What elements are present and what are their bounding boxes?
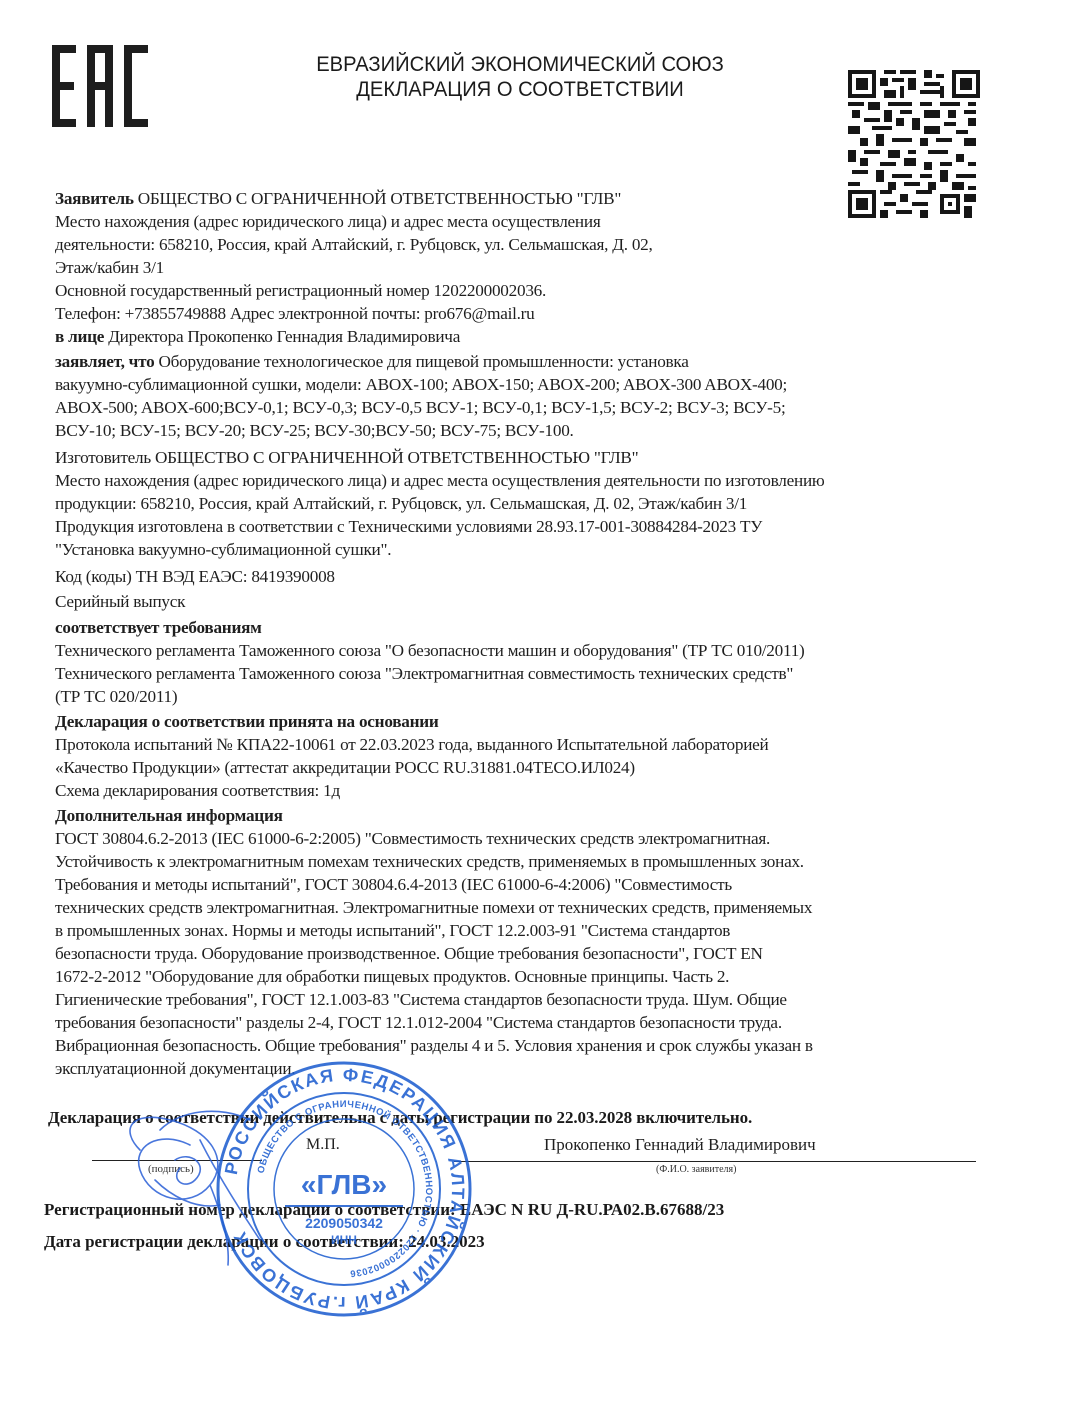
applicant-name: ОБЩЕСТВО С ОГРАНИЧЕННОЙ ОТВЕТСТВЕННОСТЬЮ…	[134, 189, 621, 208]
applicant-full-name: Прокопенко Геннадий Владимирович	[544, 1135, 816, 1155]
svg-text:ИНН: ИНН	[331, 1233, 357, 1247]
additional-line: Требования и методы испытаний", ГОСТ 308…	[55, 873, 1015, 896]
name-caption: (Ф.И.О. заявителя)	[656, 1164, 736, 1175]
requirements-section: соответствует требованиям Технического р…	[55, 616, 1015, 708]
document-title: ЕВРАЗИЙСКИЙ ЭКОНОМИЧЕСКИЙ СОЮЗ ДЕКЛАРАЦИ…	[251, 52, 789, 102]
product-section: заявляет, что Оборудование технологическ…	[55, 350, 1015, 442]
applicant-address-2: деятельности: 658210, Россия, край Алтай…	[55, 233, 1015, 256]
manufacturer-spec-2: "Установка вакуумно-сублимационной сушки…	[55, 538, 1015, 561]
declares-label: заявляет, что	[55, 352, 154, 371]
applicant-address-1: Место нахождения (адрес юридического лиц…	[55, 210, 1015, 233]
tn-ved-code: Код (коды) ТН ВЭД ЕАЭС: 8419390008	[55, 565, 1015, 588]
additional-line: 1672-2-2012 "Оборудование для обработки …	[55, 965, 1015, 988]
requirement-1: Технического регламента Таможенного союз…	[55, 639, 1015, 662]
requirement-2: Технического регламента Таможенного союз…	[55, 662, 1015, 685]
additional-heading: Дополнительная информация	[55, 804, 1015, 827]
svg-text:«ГЛВ»: «ГЛВ»	[301, 1169, 387, 1200]
additional-line: ГОСТ 30804.6.2-2013 (IEC 61000-6-2:2005)…	[55, 827, 1015, 850]
svg-text:2209050342: 2209050342	[305, 1215, 383, 1231]
basis-section: Декларация о соответствии принята на осн…	[55, 710, 1015, 802]
applicant-section: Заявитель ОБЩЕСТВО С ОГРАНИЧЕННОЙ ОТВЕТС…	[55, 187, 1015, 348]
additional-line: технических средств электромагнитная. Эл…	[55, 896, 1015, 919]
additional-line: требования безопасности" разделы 2-4, ГО…	[55, 1011, 1015, 1034]
applicant-ogrn: Основной государственный регистрационный…	[55, 279, 1015, 302]
additional-line: Вибрационная безопасность. Общие требова…	[55, 1034, 1015, 1057]
eac-logo	[52, 45, 148, 127]
applicant-label: Заявитель	[55, 189, 134, 208]
manufacturer-section: Изготовитель ОБЩЕСТВО С ОГРАНИЧЕННОЙ ОТВ…	[55, 446, 1015, 561]
name-line	[454, 1161, 976, 1162]
additional-line: Устойчивость к электромагнитным помехам …	[55, 850, 1015, 873]
declaration-body: Заявитель ОБЩЕСТВО С ОГРАНИЧЕННОЙ ОТВЕТС…	[55, 187, 1015, 1080]
release-type: Серийный выпуск	[55, 590, 1015, 613]
manufacturer-name: Изготовитель ОБЩЕСТВО С ОГРАНИЧЕННОЙ ОТВ…	[55, 446, 1015, 469]
basis-line-1: Протокола испытаний № КПА22-10061 от 22.…	[55, 733, 1015, 756]
manufacturer-spec-1: Продукция изготовлена в соответствии с Т…	[55, 515, 1015, 538]
title-union: ЕВРАЗИЙСКИЙ ЭКОНОМИЧЕСКИЙ СОЮЗ	[251, 52, 789, 77]
requirements-heading: соответствует требованиям	[55, 616, 1015, 639]
additional-line: в промышленных зонах. Нормы и методы исп…	[55, 919, 1015, 942]
applicant-contacts: Телефон: +73855749888 Адрес электронной …	[55, 302, 1015, 325]
additional-line: Гигиенические требования", ГОСТ 12.1.003…	[55, 988, 1015, 1011]
product-line-4: ВСУ-10; ВСУ-15; ВСУ-20; ВСУ-25; ВСУ-30;В…	[55, 419, 1015, 442]
company-stamp-icon: РОССИЙСКАЯ ФЕДЕРАЦИЯ АЛТАЙСКИЙ КРАЙ г.РУ…	[213, 1058, 475, 1320]
product-line-1: Оборудование технологическое для пищевой…	[154, 352, 688, 371]
product-line-3: ABOX-500; ABOX-600;ВСУ-0,1; ВСУ-0,3; ВСУ…	[55, 396, 1015, 419]
person-name: Директора Прокопенко Геннадия Владимиров…	[104, 327, 460, 346]
requirement-3: (ТР ТС 020/2011)	[55, 685, 1015, 708]
person-label: в лице	[55, 327, 104, 346]
title-declaration: ДЕКЛАРАЦИЯ О СООТВЕТСТВИИ	[251, 77, 789, 102]
additional-line: эксплуатационной документации.	[55, 1057, 1015, 1080]
basis-line-2: «Качество Продукции» (аттестат аккредита…	[55, 756, 1015, 779]
eac-mark-icon	[52, 45, 148, 127]
additional-info-section: Дополнительная информация ГОСТ 30804.6.2…	[55, 804, 1015, 1080]
manufacturer-address-2: продукции: 658210, Россия, край Алтайски…	[55, 492, 1015, 515]
basis-line-3: Схема декларирования соответствия: 1д	[55, 779, 1015, 802]
product-line-2: вакуумно-сублимационной сушки, модели: A…	[55, 373, 1015, 396]
applicant-address-3: Этаж/кабин 3/1	[55, 256, 1015, 279]
basis-heading: Декларация о соответствии принята на осн…	[55, 710, 1015, 733]
additional-line: безопасности труда. Оборудование произво…	[55, 942, 1015, 965]
manufacturer-address-1: Место нахождения (адрес юридического лиц…	[55, 469, 1015, 492]
